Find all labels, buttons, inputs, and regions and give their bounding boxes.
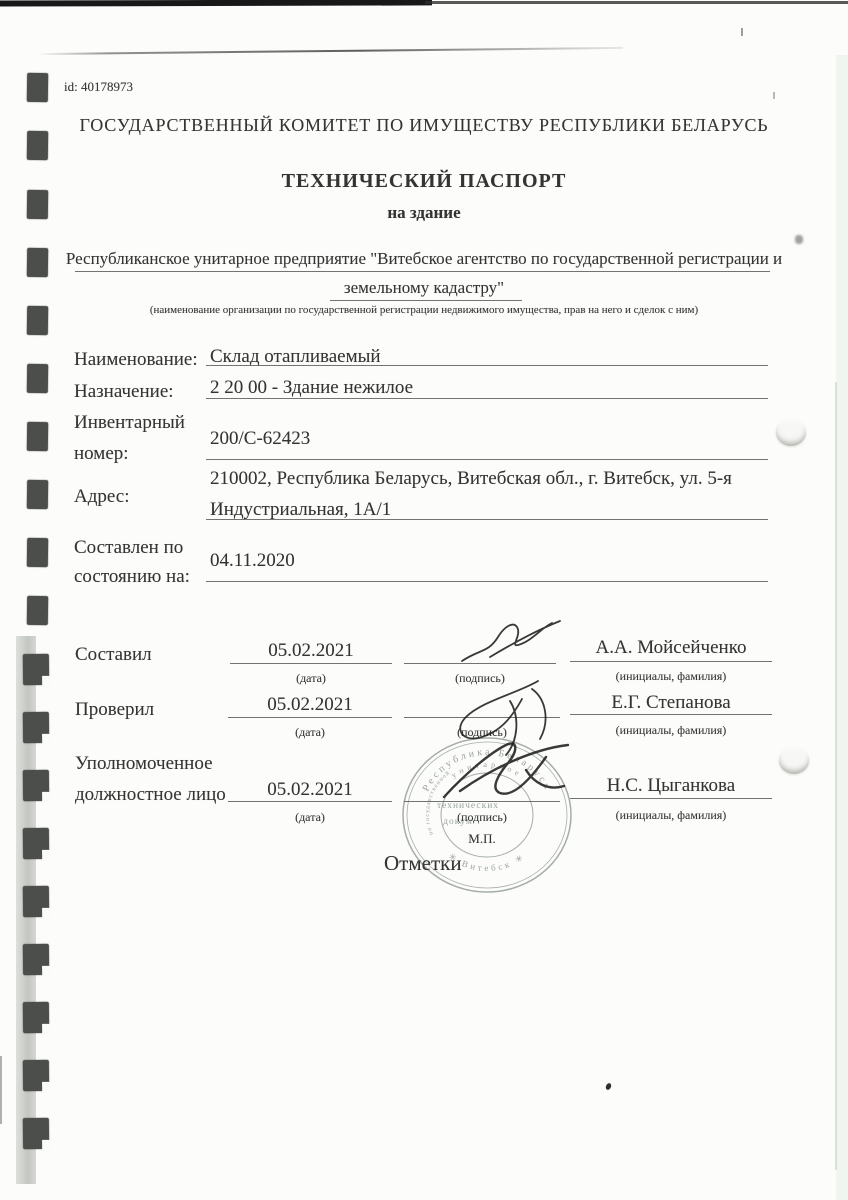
binding-hole	[27, 422, 48, 451]
handwritten-signatures	[410, 605, 600, 820]
scanned-document-page: id: 40178973 ГОСУДАРСТВЕННЫЙ КОМИТЕТ ПО …	[0, 0, 848, 1200]
binding-hole	[27, 306, 48, 335]
document-subtitle: на здание	[60, 203, 788, 223]
date-compiled: 05.02.2021	[230, 640, 392, 662]
field-label-purpose: Назначение:	[74, 381, 174, 403]
signature-line	[570, 798, 772, 799]
caption-date: (дата)	[230, 671, 392, 686]
scan-speck	[0, 1056, 2, 1124]
scan-speck	[605, 1082, 612, 1090]
document-title: ТЕХНИЧЕСКИЙ ПАСПОРТ	[60, 170, 788, 193]
binding-hole	[27, 538, 48, 567]
caption-name: (инициалы, фамилия)	[570, 669, 772, 684]
binding-hole	[23, 944, 49, 975]
scan-top-edge-thin	[425, 1, 848, 4]
committee-name: ГОСУДАРСТВЕННЫЙ КОМИТЕТ ПО ИМУЩЕСТВУ РЕС…	[60, 115, 788, 136]
field-value-purpose: 2 20 00 - Здание нежилое	[210, 377, 413, 399]
organization-line1: Республиканское унитарное предприятие "В…	[60, 249, 788, 269]
field-value-address-1: 210002, Республика Беларусь, Витебская о…	[210, 468, 732, 490]
signature-line	[570, 714, 772, 715]
field-label-inventory-1: Инвентарный	[74, 412, 185, 434]
scan-top-edge	[0, 0, 432, 7]
caption-name: (инициалы, фамилия)	[570, 723, 772, 738]
field-line	[206, 459, 768, 460]
person-authorized: Н.С. Цыганкова	[570, 775, 772, 797]
role-authorized-1: Уполномоченное	[75, 753, 213, 775]
caption-date: (дата)	[228, 810, 392, 825]
punch-hole	[776, 419, 806, 446]
date-checked: 05.02.2021	[228, 694, 392, 716]
scan-speck	[773, 92, 775, 99]
scan-speck	[741, 28, 743, 36]
binding-hole	[27, 248, 48, 277]
binding-hole	[27, 480, 48, 509]
binding-hole	[23, 1002, 49, 1033]
organization-caption: (наименование организации по государстве…	[60, 304, 788, 316]
person-checked: Е.Г. Степанова	[570, 692, 772, 714]
caption-name: (инициалы, фамилия)	[570, 808, 772, 823]
signature-ink-2	[460, 681, 545, 755]
field-label-inventory-2: номер:	[74, 443, 129, 465]
binding-hole	[23, 770, 49, 801]
scan-shadow-line	[38, 47, 623, 55]
signature-ink-1	[462, 621, 560, 661]
binding-hole	[23, 654, 49, 685]
role-checked-by: Проверил	[75, 699, 154, 721]
signature-line	[228, 717, 392, 718]
punch-hole	[779, 747, 809, 774]
underline	[330, 300, 522, 301]
signature-line	[230, 663, 392, 664]
role-compiled-by: Составил	[75, 644, 152, 666]
field-label-name: Наименование:	[74, 349, 198, 371]
field-value-inventory: 200/С-62423	[210, 428, 310, 450]
caption-date: (дата)	[228, 725, 392, 740]
organization-line2: земельному кадастру"	[60, 278, 788, 298]
field-value-asof: 04.11.2020	[210, 550, 295, 572]
field-line	[206, 581, 768, 582]
signature-ink-3	[444, 743, 568, 797]
signature-line	[228, 801, 392, 802]
field-value-address-2: Индустриальная, 1А/1	[210, 499, 391, 521]
binding-hole	[23, 828, 49, 859]
document-id: id: 40178973	[64, 79, 133, 95]
field-line	[206, 519, 768, 520]
binding-hole	[27, 190, 48, 219]
binding-hole	[27, 596, 48, 625]
field-label-asof-2: состоянию на:	[74, 566, 190, 588]
scan-speck	[795, 235, 803, 244]
binding-hole	[27, 131, 48, 160]
binding-hole	[23, 712, 49, 743]
seal-note: М.П.	[404, 831, 560, 847]
page-right-edge-line	[835, 382, 837, 1170]
role-authorized-2: должностное лицо	[75, 784, 226, 806]
field-line	[206, 365, 768, 366]
person-compiled: А.А. Мойсейченко	[570, 637, 772, 659]
field-label-asof-1: Составлен по	[74, 537, 183, 559]
binding-hole	[23, 1060, 49, 1091]
field-label-address: Адрес:	[74, 486, 130, 508]
signature-line	[570, 661, 772, 662]
binding-hole	[23, 1118, 49, 1149]
date-authorized: 05.02.2021	[228, 779, 392, 801]
page-right-edge	[836, 55, 848, 1200]
marks-title: Отметки	[384, 851, 462, 876]
binding-hole	[27, 73, 48, 102]
field-line	[206, 398, 768, 399]
binding-hole	[27, 364, 48, 393]
underline	[75, 271, 770, 272]
binding-hole	[23, 886, 49, 917]
